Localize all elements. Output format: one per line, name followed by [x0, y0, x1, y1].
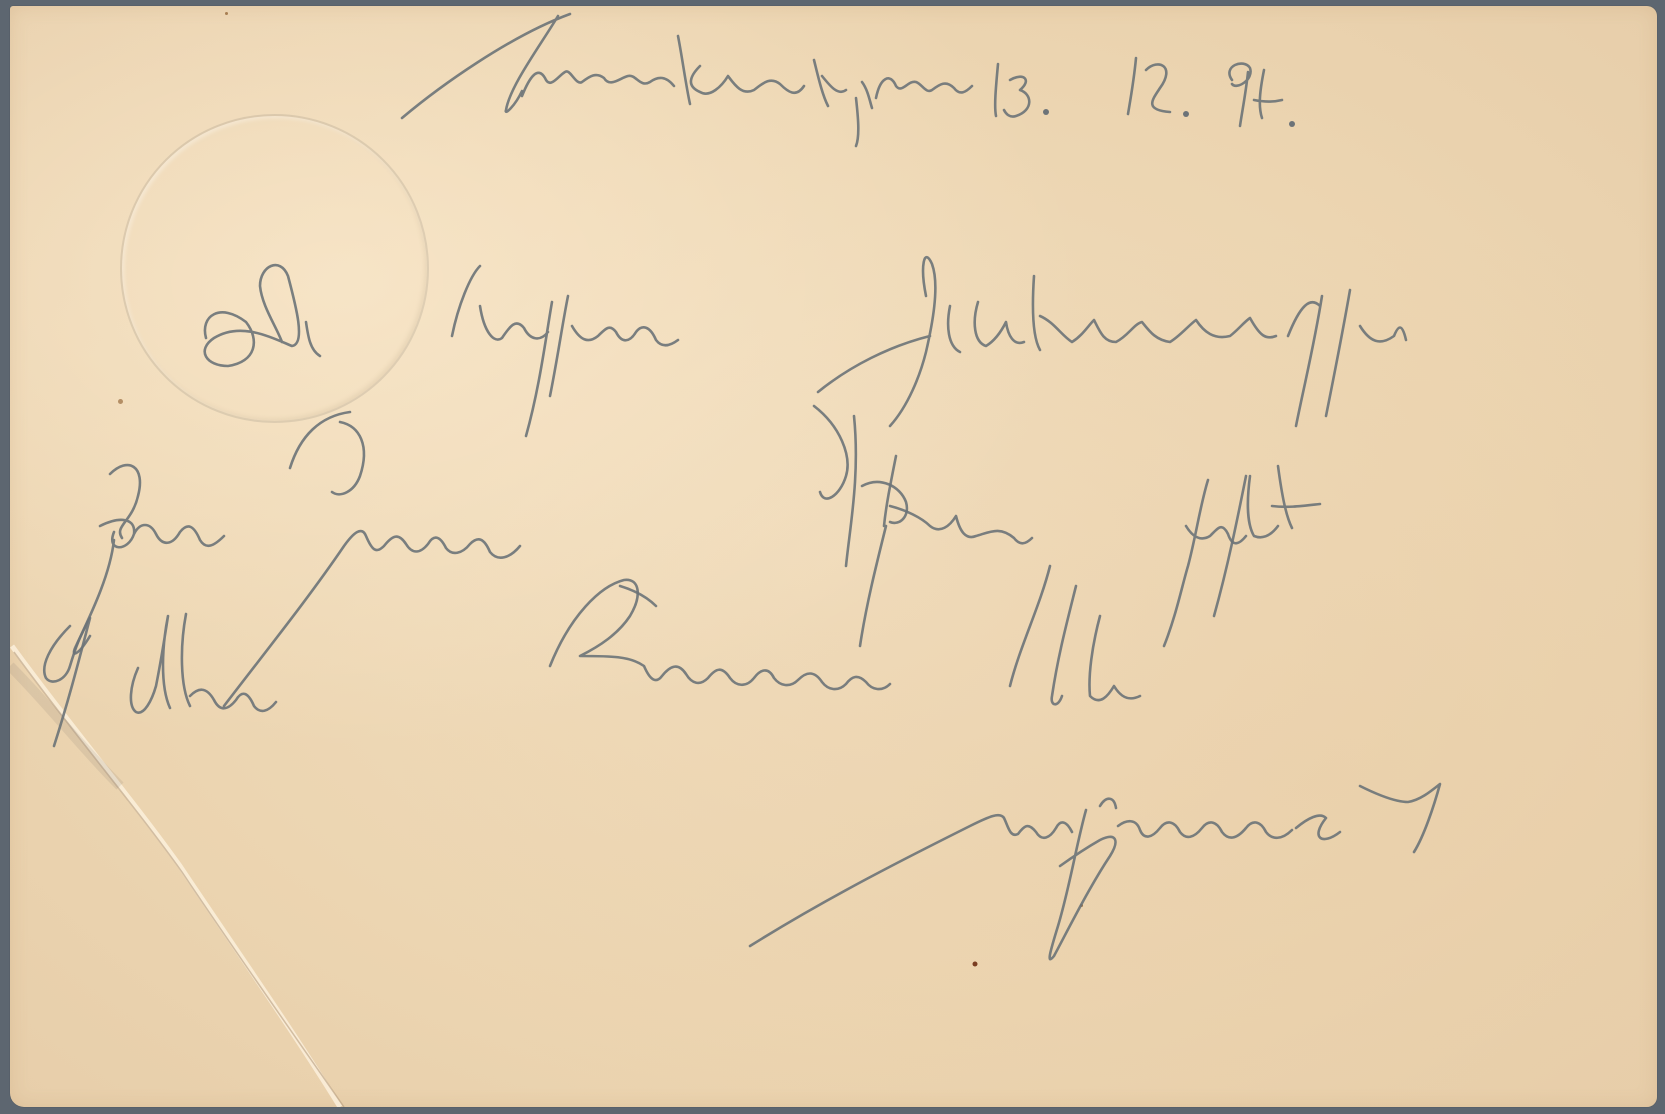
handwriting	[10, 6, 1657, 1107]
body-line-1-handwriting	[205, 257, 1406, 436]
postcard: Station Kisaki, den 13. 12. 94. Die best…	[10, 6, 1657, 1107]
body-line-3-handwriting	[44, 566, 1140, 746]
body-line-2-handwriting	[74, 406, 1320, 706]
header-line-handwriting	[402, 14, 1295, 146]
signature-handwriting	[750, 784, 1440, 967]
